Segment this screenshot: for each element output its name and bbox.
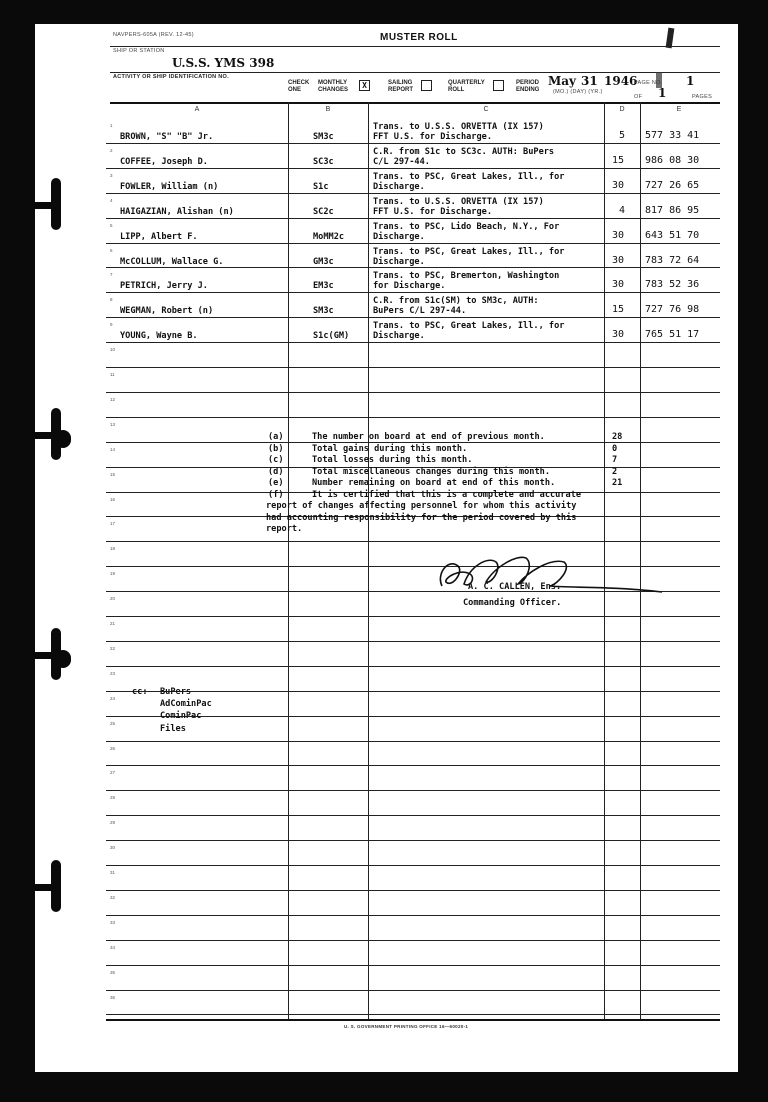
summary-letter: (c) — [268, 455, 284, 465]
binder-hole-icon — [35, 408, 65, 468]
row-number: 11 — [110, 372, 115, 377]
row-number: 26 — [110, 746, 115, 751]
row-line — [106, 691, 720, 692]
remarks-cell: Discharge. — [373, 257, 425, 267]
binder-hole-icon — [35, 628, 65, 688]
period-ending-label: PERIOD ENDING — [516, 80, 546, 93]
row-line — [106, 1014, 720, 1015]
remarks-cell: Trans. to PSC, Lido Beach, N.Y., For — [373, 222, 559, 232]
of-label: OF — [634, 94, 642, 100]
row-number: 22 — [110, 646, 115, 651]
days-cell: 30 — [612, 280, 624, 290]
days-cell: 30 — [612, 181, 624, 191]
service-number-cell: 986 08 30 — [645, 156, 699, 166]
remarks-cell: Discharge. — [373, 232, 425, 242]
ship-label: SHIP OR STATION — [113, 48, 165, 54]
form-title: MUSTER ROLL — [380, 32, 458, 43]
summary-text: The number on board at end of previous m… — [312, 432, 545, 442]
rate-cell: S1c(GM) — [313, 331, 349, 341]
certification-line: report. — [266, 524, 302, 534]
row-number: 20 — [110, 596, 115, 601]
service-number-cell: 577 33 41 — [645, 131, 699, 141]
summary-letter: (a) — [268, 432, 284, 442]
total-pages: 1 — [658, 86, 666, 100]
row-number: 10 — [110, 347, 115, 352]
row-number: 8 — [110, 297, 113, 302]
scan-right-border — [738, 0, 768, 1102]
quarterly-roll-checkbox[interactable] — [493, 80, 504, 91]
summary-value: 2 — [612, 467, 617, 477]
check-one-label: CHECK ONE — [288, 80, 316, 93]
remarks-cell: Trans. to U.S.S. ORVETTA (IX 157) — [373, 122, 544, 132]
remarks-cell: C.R. from S1c(SM) to SM3c, AUTH: — [373, 296, 539, 306]
row-number: 28 — [110, 795, 115, 800]
row-line — [106, 541, 720, 542]
service-number-cell: 817 86 95 — [645, 206, 699, 216]
remarks-cell: Trans. to PSC, Great Lakes, Ill., for — [373, 247, 564, 257]
column-divider — [288, 102, 289, 1020]
row-number: 25 — [110, 721, 115, 726]
table-top-border — [110, 102, 720, 104]
printer-footer: U. S. GOVERNMENT PRINTING OFFICE 16—6002… — [344, 1024, 468, 1029]
signer-name: A. C. CALLEN, Ens. — [468, 582, 561, 592]
row-line — [106, 342, 720, 343]
cc-recipient: AdCominPac — [160, 699, 212, 709]
cc-recipient: Files — [160, 724, 186, 734]
row-number: 13 — [110, 422, 115, 427]
remarks-cell: Trans. to PSC, Great Lakes, Ill., for — [373, 321, 564, 331]
scan-bottom-border — [0, 1072, 768, 1102]
column-divider — [368, 102, 369, 1020]
column-header-b: B — [288, 106, 368, 113]
rate-cell: SC3c — [313, 157, 334, 167]
row-line — [106, 367, 720, 368]
row-line — [106, 990, 720, 991]
rate-cell: SM3c — [313, 132, 334, 142]
remarks-cell: C.R. from S1c to SC3c. AUTH: BuPers — [373, 147, 554, 157]
summary-text: Total miscellaneous changes during this … — [312, 467, 550, 477]
summary-letter: (e) — [268, 478, 284, 488]
row-number: 32 — [110, 895, 115, 900]
row-line — [106, 965, 720, 966]
summary-letter: (b) — [268, 444, 284, 454]
summary-value: 0 — [612, 444, 617, 454]
row-number: 27 — [110, 770, 115, 775]
summary-value: 21 — [612, 478, 622, 488]
service-number-cell: 643 51 70 — [645, 231, 699, 241]
row-line — [106, 317, 720, 318]
stamp-mark — [656, 72, 662, 88]
service-number-cell: 783 52 36 — [645, 280, 699, 290]
period-sublabel: (MO.) (DAY) (YR.) — [553, 89, 603, 95]
certification-letter: (f) — [268, 490, 284, 500]
row-line — [106, 641, 720, 642]
remarks-cell: Trans. to U.S.S. ORVETTA (IX 157) — [373, 197, 544, 207]
row-line — [106, 218, 720, 219]
days-cell: 5 — [619, 131, 625, 141]
rate-cell: S1c — [313, 182, 329, 192]
signer-title: Commanding Officer. — [463, 598, 561, 608]
row-line — [106, 417, 720, 418]
row-number: 3 — [110, 173, 113, 178]
remarks-cell: Discharge. — [373, 182, 425, 192]
row-number: 6 — [110, 248, 113, 253]
service-number-cell: 783 72 64 — [645, 256, 699, 266]
form-number: NAVPERS-605A (REV. 12-45) — [113, 32, 194, 38]
certification-line: had accounting responsibility for the pe… — [266, 513, 576, 523]
rate-cell: MoMM2c — [313, 232, 344, 242]
row-line — [106, 815, 720, 816]
row-number: 35 — [110, 970, 115, 975]
row-number: 17 — [110, 521, 115, 526]
days-cell: 4 — [619, 206, 625, 216]
row-line — [106, 168, 720, 169]
page-number: 1 — [686, 74, 694, 88]
remarks-cell: Trans. to PSC, Great Lakes, Ill., for — [373, 172, 564, 182]
name-cell: FOWLER, William (n) — [120, 182, 218, 192]
quarterly-roll-label: QUARTERLY ROLL — [448, 80, 492, 93]
certification-line: It is certified that this is a complete … — [312, 490, 581, 500]
row-line — [106, 790, 720, 791]
remarks-cell: BuPers C/L 297-44. — [373, 306, 466, 316]
ship-name: U.S.S. YMS 398 — [172, 56, 274, 70]
days-cell: 30 — [612, 330, 624, 340]
remarks-cell: C/L 297-44. — [373, 157, 430, 167]
row-number: 4 — [110, 198, 113, 203]
row-line — [106, 243, 720, 244]
row-line — [106, 865, 720, 866]
column-header-c: C — [368, 106, 604, 113]
monthly-changes-checkbox[interactable]: X — [359, 80, 370, 91]
scan-left-border — [0, 0, 35, 1102]
row-line — [106, 292, 720, 293]
remarks-cell: Discharge. — [373, 331, 425, 341]
cc-recipient: CominPac — [160, 711, 201, 721]
row-number: 15 — [110, 472, 115, 477]
pages-label: PAGES — [692, 94, 712, 100]
monthly-changes-label: MONTHLY CHANGES — [318, 80, 358, 93]
remarks-cell: FFT U.S. for Discharge. — [373, 207, 492, 217]
sailing-report-label: SAILING REPORT — [388, 80, 422, 93]
row-line — [106, 741, 720, 742]
activity-label: ACTIVITY OR SHIP IDENTIFICATION No. — [113, 74, 229, 80]
days-cell: 30 — [612, 231, 624, 241]
row-line — [106, 940, 720, 941]
binder-hole-icon — [35, 860, 65, 920]
row-line — [106, 193, 720, 194]
summary-text: Total losses during this month. — [312, 455, 472, 465]
row-number: 1 — [110, 123, 113, 128]
remarks-cell: for Discharge. — [373, 281, 445, 291]
name-cell: COFFEE, Joseph D. — [120, 157, 208, 167]
period-year: 1946 — [604, 74, 637, 88]
row-line — [106, 890, 720, 891]
row-number: 24 — [110, 696, 115, 701]
name-cell: PETRICH, Jerry J. — [120, 281, 208, 291]
row-number: 33 — [110, 920, 115, 925]
certification-line: report of changes affecting personnel fo… — [266, 501, 576, 511]
divider — [110, 46, 720, 47]
rate-cell: SM3c — [313, 306, 334, 316]
divider — [110, 72, 720, 73]
row-number: 16 — [110, 497, 115, 502]
remarks-cell: FFT U.S. for Discharge. — [373, 132, 492, 142]
cc-label: cc: — [132, 687, 148, 697]
summary-letter: (d) — [268, 467, 284, 477]
name-cell: HAIGAZIAN, Alishan (n) — [120, 207, 234, 217]
row-line — [106, 616, 720, 617]
row-line — [106, 666, 720, 667]
summary-text: Total gains during this month. — [312, 444, 467, 454]
rate-cell: EM3c — [313, 281, 334, 291]
summary-text: Number remaining on board at end of this… — [312, 478, 555, 488]
row-line — [106, 765, 720, 766]
name-cell: WEGMAN, Robert (n) — [120, 306, 213, 316]
name-cell: McCOLLUM, Wallace G. — [120, 257, 223, 267]
row-number: 19 — [110, 571, 115, 576]
row-line — [106, 915, 720, 916]
remarks-cell: Trans. to PSC, Bremerton, Washington — [373, 271, 559, 281]
column-header-a: A — [106, 106, 288, 113]
name-cell: YOUNG, Wayne B. — [120, 331, 198, 341]
row-number: 18 — [110, 546, 115, 551]
row-number: 31 — [110, 870, 115, 875]
rate-cell: GM3c — [313, 257, 334, 267]
row-number: 21 — [110, 621, 115, 626]
name-cell: BROWN, "S" "B" Jr. — [120, 132, 213, 142]
row-number: 9 — [110, 322, 113, 327]
service-number-cell: 765 51 17 — [645, 330, 699, 340]
row-number: 5 — [110, 223, 113, 228]
row-line — [106, 143, 720, 144]
row-number: 23 — [110, 671, 115, 676]
row-number: 36 — [110, 995, 115, 1000]
days-cell: 30 — [612, 256, 624, 266]
column-header-d: D — [604, 106, 640, 113]
row-line — [106, 392, 720, 393]
period-day: 31 — [581, 74, 598, 88]
summary-value: 7 — [612, 455, 617, 465]
days-cell: 15 — [612, 305, 624, 315]
name-cell: LIPP, Albert F. — [120, 232, 198, 242]
row-line — [106, 267, 720, 268]
row-line — [106, 840, 720, 841]
row-number: 30 — [110, 845, 115, 850]
period-month: May — [548, 74, 576, 88]
row-number: 12 — [110, 397, 115, 402]
column-header-e: E — [640, 106, 718, 113]
binder-hole-icon — [35, 178, 65, 238]
row-number: 7 — [110, 272, 113, 277]
days-cell: 15 — [612, 156, 624, 166]
sailing-report-checkbox[interactable] — [421, 80, 432, 91]
service-number-cell: 727 26 65 — [645, 181, 699, 191]
summary-value: 28 — [612, 432, 622, 442]
row-number: 2 — [110, 148, 113, 153]
row-number: 29 — [110, 820, 115, 825]
service-number-cell: 727 76 98 — [645, 305, 699, 315]
cc-recipient: BuPers — [160, 687, 191, 697]
scan-top-border — [0, 0, 768, 24]
rate-cell: SC2c — [313, 207, 334, 217]
row-number: 14 — [110, 447, 115, 452]
row-number: 34 — [110, 945, 115, 950]
table-bottom-border — [106, 1019, 720, 1021]
